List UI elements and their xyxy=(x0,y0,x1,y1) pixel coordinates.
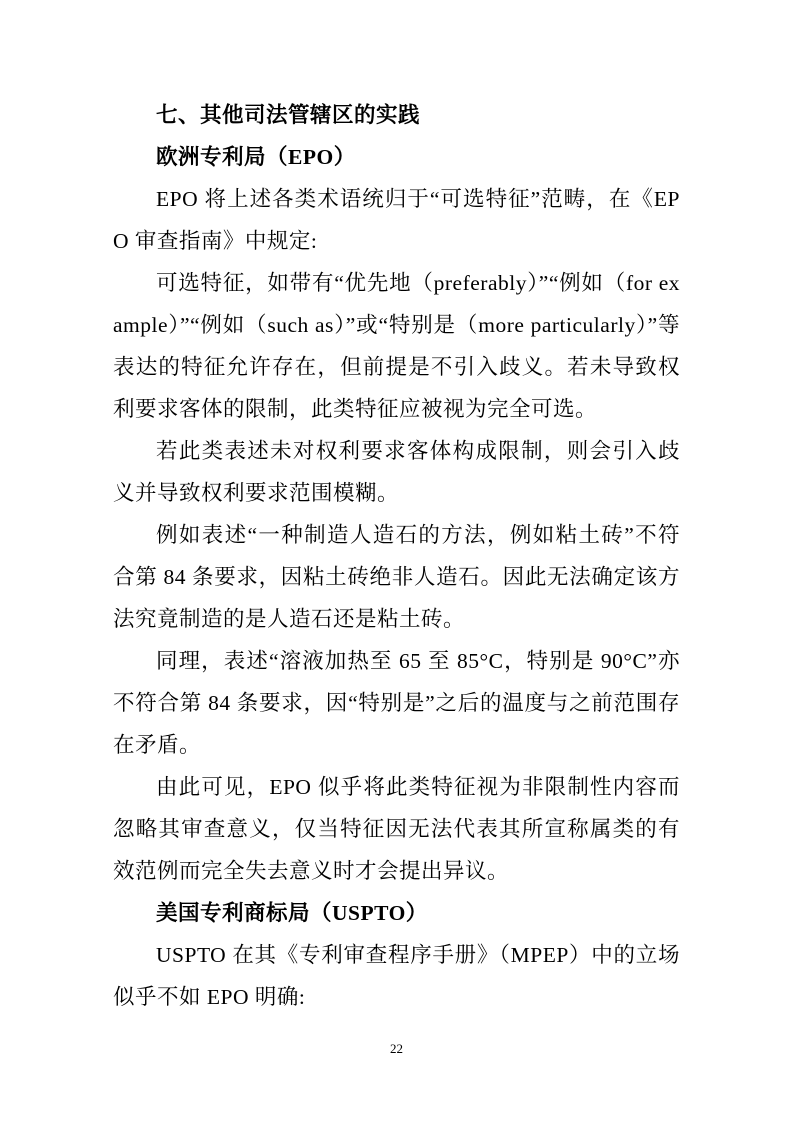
body-paragraph: USPTO 在其《专利审查程序手册》（MPEP）中的立场似乎不如 EPO 明确: xyxy=(113,934,680,1018)
page-number: 22 xyxy=(0,1040,793,1058)
body-paragraph: 例如表述“一种制造人造石的方法，例如粘土砖”不符合第 84 条要求，因粘土砖绝非… xyxy=(113,514,680,640)
body-paragraph: 可选特征，如带有“优先地（preferably）”“例如（for example… xyxy=(113,262,680,430)
body-paragraph: 同理，表述“溶液加热至 65 至 85°C，特别是 90°C”亦不符合第 84 … xyxy=(113,640,680,766)
section-heading: 欧洲专利局（EPO） xyxy=(113,136,680,178)
body-paragraph: EPO 将上述各类术语统归于“可选特征”范畴，在《EPO 审查指南》中规定: xyxy=(113,178,680,262)
section-heading: 美国专利商标局（USPTO） xyxy=(113,892,680,934)
section-heading: 七、其他司法管辖区的实践 xyxy=(113,94,680,136)
body-paragraph: 若此类表述未对权利要求客体构成限制，则会引入歧义并导致权利要求范围模糊。 xyxy=(113,430,680,514)
body-paragraph: 由此可见，EPO 似乎将此类特征视为非限制性内容而忽略其审查意义，仅当特征因无法… xyxy=(113,766,680,892)
document-content: 七、其他司法管辖区的实践欧洲专利局（EPO）EPO 将上述各类术语统归于“可选特… xyxy=(113,94,680,1018)
document-page: 七、其他司法管辖区的实践欧洲专利局（EPO）EPO 将上述各类术语统归于“可选特… xyxy=(0,0,793,1122)
